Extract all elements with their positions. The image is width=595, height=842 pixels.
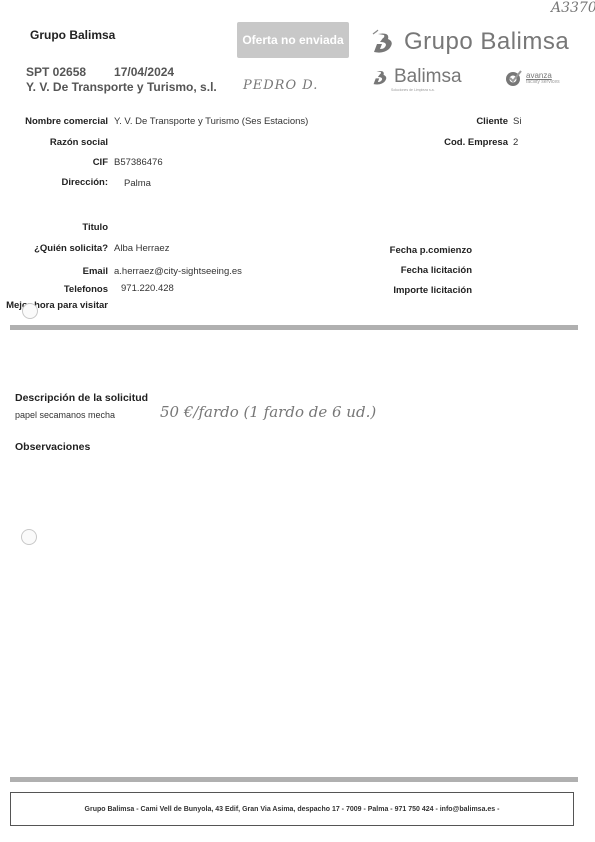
label-nombre-comercial: Nombre comercial [0, 116, 108, 127]
value-telefonos: 971.220.428 [121, 283, 174, 294]
logo-secondary-text: Balimsa [394, 66, 462, 88]
spt-number: SPT 02658 [26, 65, 86, 79]
label-quien-solicita: ¿Quién solicita? [0, 243, 108, 254]
footer-divider [10, 777, 578, 782]
label-razon-social: Razón social [0, 137, 108, 148]
punch-hole-icon [22, 303, 38, 319]
logo-avanza: avanza facility services [505, 69, 560, 87]
label-cod-empresa: Cod. Empresa [400, 137, 508, 148]
label-importe-licitacion: Importe licitación [360, 285, 472, 296]
label-cif: CIF [0, 157, 108, 168]
logo-main-text: Grupo Balimsa [404, 28, 569, 56]
punch-hole-icon [21, 529, 37, 545]
observations-title: Observaciones [15, 441, 90, 453]
label-fecha-licitacion: Fecha licitación [360, 265, 472, 276]
value-cif: B57386476 [114, 157, 163, 168]
section-divider [10, 325, 578, 330]
logo-secondary-tagline: Soluciones de Limpieza s.a. [391, 88, 435, 92]
value-email: a.herraez@city-sightseeing.es [114, 266, 242, 277]
label-mejor-hora: Mejor hora para visitar [0, 300, 108, 312]
value-nombre-comercial: Y. V. De Transporte y Turismo (Ses Estac… [114, 116, 308, 127]
footer-contact: Grupo Balimsa - Cami Vell de Bunyola, 43… [10, 792, 574, 826]
company-name: Grupo Balimsa [30, 28, 115, 42]
value-cod-empresa: 2 [513, 137, 518, 148]
handwritten-reference: A3370 [551, 0, 595, 16]
handwritten-price-note: 50 €/fardo (1 fardo de 6 ud.) [160, 403, 376, 421]
avanza-tagline: facility services [526, 80, 560, 85]
balimsa-b-logo-icon [368, 28, 398, 56]
label-telefonos: Telefonos [0, 284, 108, 295]
balimsa-small-logo-icon [369, 67, 391, 87]
label-fecha-comienzo: Fecha p.comienzo [360, 245, 472, 256]
value-direccion: Palma [124, 178, 151, 189]
description-text: papel secamanos mecha [15, 410, 115, 420]
avanza-check-icon [505, 69, 523, 87]
label-direccion: Dirección: [0, 177, 108, 188]
status-badge: Oferta no enviada [237, 22, 349, 58]
label-cliente: Cliente [400, 116, 508, 127]
handwritten-signature: PEDRO D. [243, 78, 318, 93]
label-titulo: Titulo [0, 222, 108, 233]
reference-line: SPT 0265817/04/2024 [26, 65, 202, 79]
label-email: Email [0, 266, 108, 277]
value-cliente: Si [513, 116, 521, 127]
value-quien-solicita: Alba Herraez [114, 243, 169, 254]
client-name: Y. V. De Transporte y Turismo, s.l. [26, 80, 217, 94]
logo-grupo-balimsa: Grupo Balimsa [368, 28, 569, 56]
request-date: 17/04/2024 [114, 65, 174, 79]
logo-balimsa: Balimsa Soluciones de Limpieza s.a. [369, 66, 462, 88]
description-title: Descripción de la solicitud [15, 392, 148, 404]
